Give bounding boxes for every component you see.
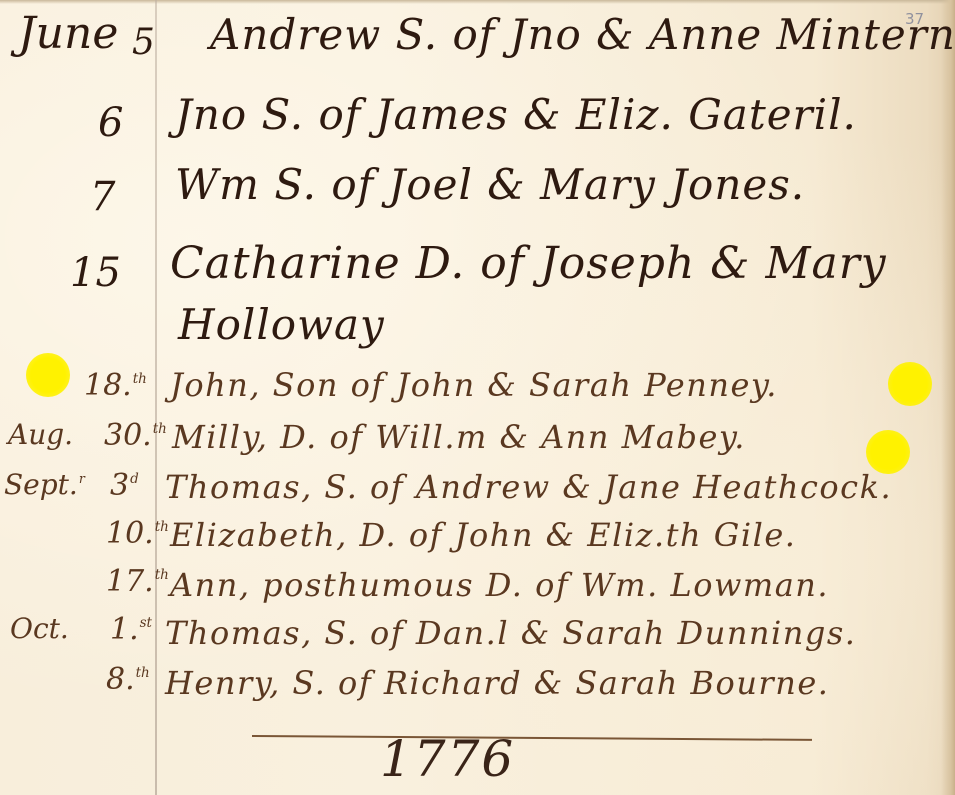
entry-month: Aug. bbox=[8, 418, 73, 451]
yellow-marker-dot bbox=[26, 353, 70, 397]
day-ordinal: st bbox=[140, 615, 152, 631]
day-ordinal: th bbox=[155, 519, 169, 535]
entry-text: Andrew S. of Jno & Anne Mintern bbox=[210, 10, 955, 59]
entry-text: Holloway bbox=[178, 300, 385, 349]
register-year: 1776 bbox=[380, 730, 515, 788]
entry-day: 17.th bbox=[106, 564, 169, 599]
entry-day: 18.th bbox=[84, 368, 147, 403]
entry-text: Henry, S. of Richard & Sarah Bourne. bbox=[165, 664, 829, 702]
page-binding-edge bbox=[941, 0, 955, 795]
yellow-marker-dot bbox=[888, 362, 932, 406]
day-ordinal: th bbox=[136, 665, 150, 681]
entry-text: Thomas, S. of Andrew & Jane Heathcock. bbox=[165, 468, 892, 506]
register-page: 37 June 5 Andrew S. of Jno & Anne Minter… bbox=[0, 0, 955, 795]
entry-day: 7 bbox=[90, 174, 115, 220]
closing-rule-line bbox=[252, 735, 812, 741]
entry-text: Ann, posthumous D. of Wm. Lowman. bbox=[170, 566, 829, 604]
day-ordinal: d bbox=[130, 471, 139, 487]
entry-day: 1.st bbox=[110, 612, 152, 647]
entry-day: 30.th bbox=[104, 418, 167, 453]
margin-ruling-line bbox=[155, 0, 157, 795]
entry-day: 3d bbox=[110, 468, 139, 503]
entry-day: 5 bbox=[132, 22, 155, 63]
yellow-marker-dot bbox=[866, 430, 910, 474]
entry-text: Jno S. of James & Eliz. Gateril. bbox=[175, 90, 857, 139]
entry-day: 10.th bbox=[106, 516, 169, 551]
day-ordinal: th bbox=[155, 567, 169, 583]
entry-text: Milly, D. of Will.m & Ann Mabey. bbox=[172, 418, 746, 456]
day-ordinal: th bbox=[153, 421, 167, 437]
entry-text: Wm S. of Joel & Mary Jones. bbox=[175, 160, 805, 209]
day-ordinal: th bbox=[133, 371, 147, 387]
entry-text: Catharine D. of Joseph & Mary bbox=[170, 238, 887, 289]
entry-text: Thomas, S. of Dan.l & Sarah Dunnings. bbox=[165, 614, 856, 652]
entry-day: 15 bbox=[70, 250, 121, 296]
entry-month: Oct. bbox=[10, 612, 69, 645]
entry-day: 8.th bbox=[106, 662, 150, 697]
page-top-edge bbox=[0, 0, 955, 4]
entry-day: 6 bbox=[98, 100, 123, 146]
entry-month: Sept.r bbox=[4, 468, 85, 501]
entry-text: Elizabeth, D. of John & Eliz.th Gile. bbox=[170, 516, 796, 554]
month-suffix: r bbox=[79, 471, 85, 486]
entry-text: John, Son of John & Sarah Penney. bbox=[170, 366, 778, 404]
entry-month: June bbox=[18, 8, 118, 59]
